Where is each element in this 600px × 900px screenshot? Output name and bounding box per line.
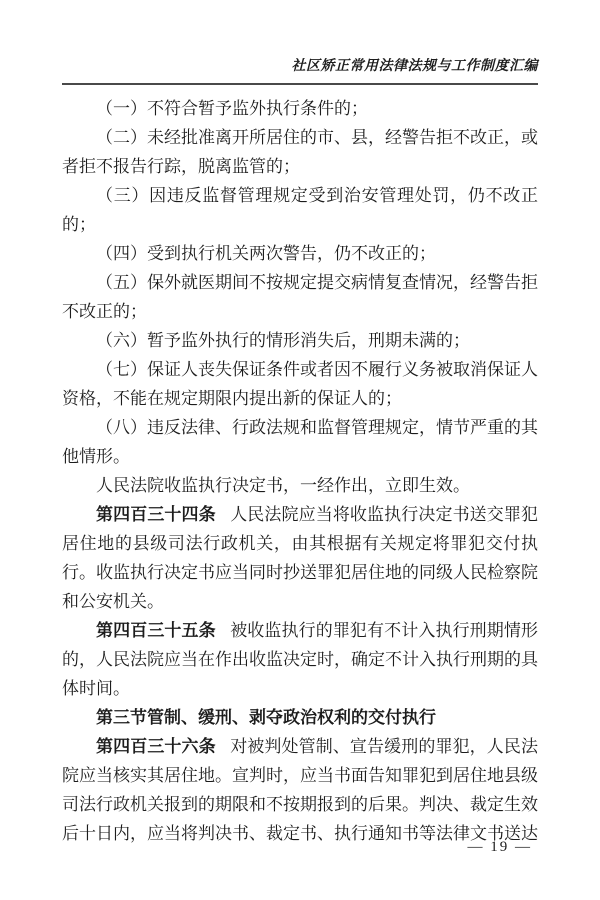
paragraph-text: （一）不符合暂予监外执行条件的； <box>96 99 368 118</box>
page-number: — 19 — <box>468 839 539 856</box>
paragraph: （六）暂予监外执行的情形消失后，刑期未满的； <box>62 326 538 355</box>
paragraph-text: （六）暂予监外执行的情形消失后，刑期未满的； <box>96 331 470 350</box>
paragraph-text: （四）受到执行机关两次警告，仍不改正的； <box>96 244 436 263</box>
paragraph: （五）保外就医期间不按规定提交病情复查情况，经警告拒不改正的； <box>62 268 538 326</box>
paragraph: （八）违反法律、行政法规和监督管理规定，情节严重的其他情形。 <box>62 413 538 471</box>
paragraph: （二）未经批准离开所居住的市、县，经警告拒不改正，或者拒不报告行踪，脱离监管的； <box>62 123 538 181</box>
paragraph: （四）受到执行机关两次警告，仍不改正的； <box>62 239 538 268</box>
paragraph-text: （二）未经批准离开所居住的市、县，经警告拒不改正，或者拒不报告行踪，脱离监管的； <box>62 128 538 176</box>
paragraph: （七）保证人丧失保证条件或者因不履行义务被取消保证人资格，不能在规定期限内提出新… <box>62 355 538 413</box>
page-footer: — 19 — <box>62 838 538 856</box>
page-header: 社区矫正常用法律法规与工作制度汇编 <box>62 0 538 85</box>
document-body: （一）不符合暂予监外执行条件的；（二）未经批准离开所居住的市、县，经警告拒不改正… <box>62 94 538 848</box>
paragraph: 第四百三十五条被收监执行的罪犯有不计入执行刑期情形的，人民法院应当在作出收监决定… <box>62 616 538 703</box>
header-rule <box>62 83 538 85</box>
paragraph: 第四百三十六条对被判处管制、宣告缓刑的罪犯，人民法院应当核实其居住地。宣判时，应… <box>62 732 538 848</box>
paragraph-text: （七）保证人丧失保证条件或者因不履行义务被取消保证人资格，不能在规定期限内提出新… <box>62 360 538 408</box>
paragraph-text: 人民法院收监执行决定书，一经作出，立即生效。 <box>96 476 470 495</box>
paragraph: 人民法院收监执行决定书，一经作出，立即生效。 <box>62 471 538 500</box>
paragraph: 第四百三十四条人民法院应当将收监执行决定书送交罪犯居住地的县级司法行政机关，由其… <box>62 500 538 616</box>
running-head-title: 社区矫正常用法律法规与工作制度汇编 <box>62 56 538 77</box>
article-number: 第四百三十四条 <box>96 505 216 524</box>
paragraph: （一）不符合暂予监外执行条件的； <box>62 94 538 123</box>
paragraph-text: （三）因违反监督管理规定受到治安管理处罚，仍不改正的； <box>62 186 538 234</box>
article-number: 第四百三十五条 <box>96 621 216 640</box>
article-number: 第四百三十六条 <box>96 737 216 756</box>
paragraph-text: 第三节管制、缓刑、剥夺政治权利的交付执行 <box>96 708 436 727</box>
section-heading: 第三节管制、缓刑、剥夺政治权利的交付执行 <box>62 703 538 732</box>
document-page: 社区矫正常用法律法规与工作制度汇编 （一）不符合暂予监外执行条件的；（二）未经批… <box>0 0 600 900</box>
paragraph: （三）因违反监督管理规定受到治安管理处罚，仍不改正的； <box>62 181 538 239</box>
paragraph-text: （五）保外就医期间不按规定提交病情复查情况，经警告拒不改正的； <box>62 273 538 321</box>
paragraph-text: （八）违反法律、行政法规和监督管理规定，情节严重的其他情形。 <box>62 418 538 466</box>
